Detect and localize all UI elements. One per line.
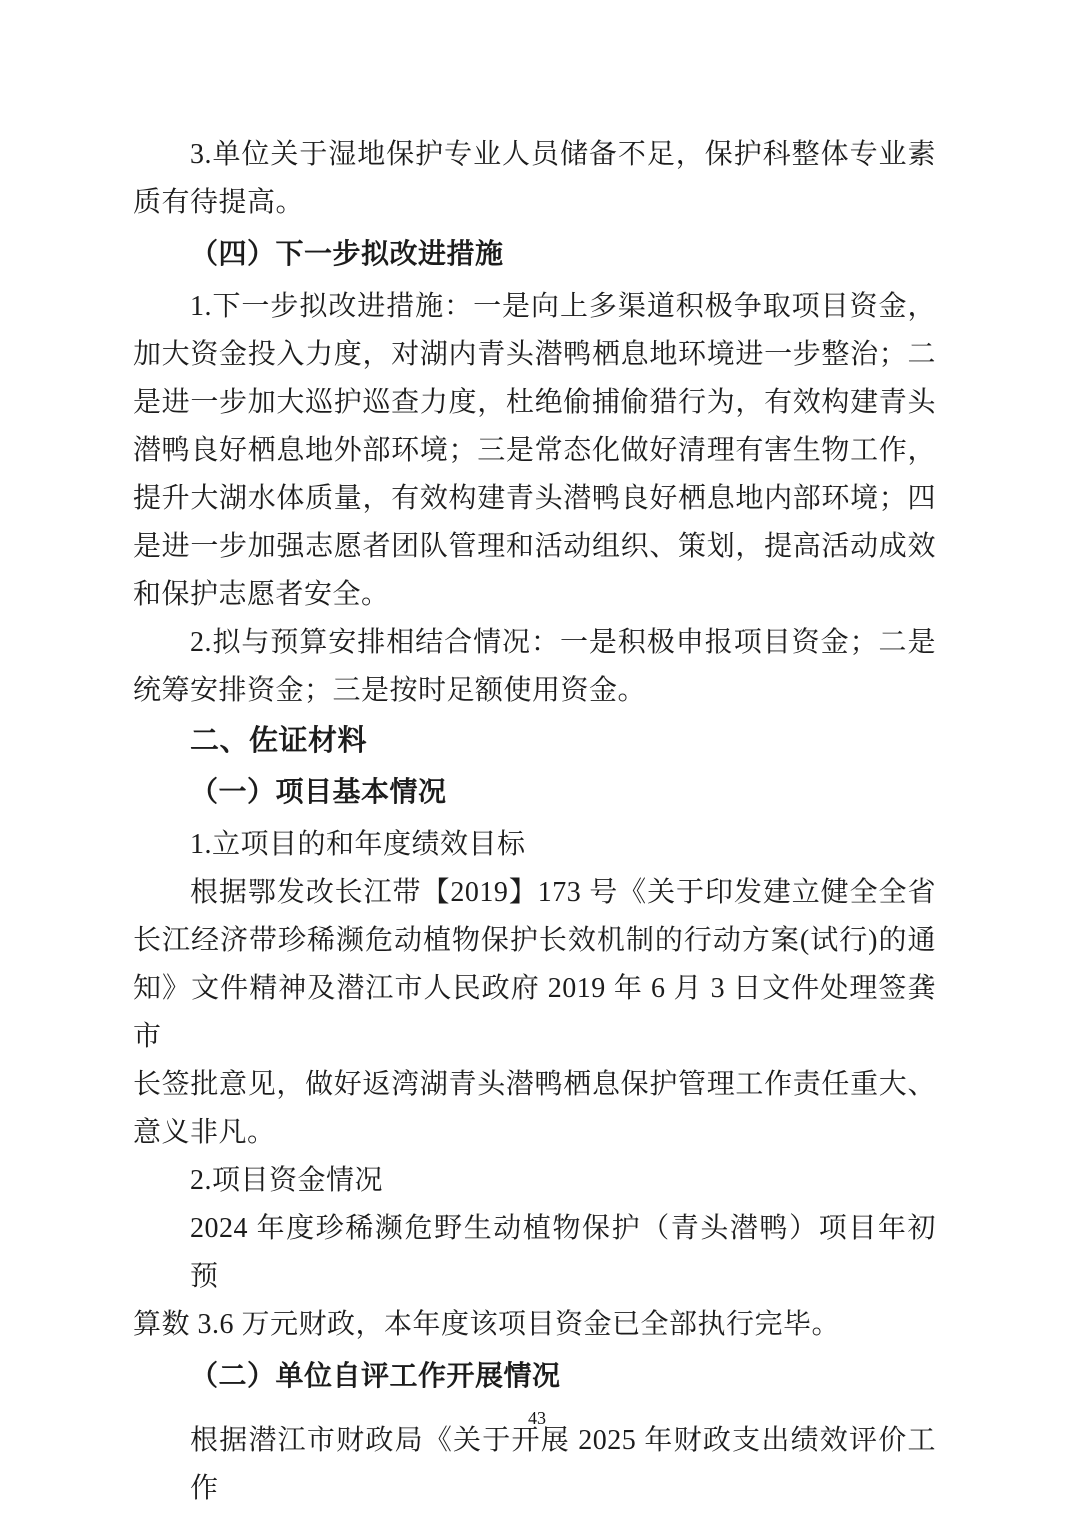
- text-line: 知》文件精神及潜江市人民政府 2019 年 6 月 3 日文件处理签龚市: [133, 965, 936, 1061]
- text-line: 和保护志愿者安全。: [133, 571, 936, 619]
- text-line: 1.下一步拟改进措施：一是向上多渠道积极争取项目资金，: [133, 283, 936, 331]
- text-line: 1.立项目的和年度绩效目标: [133, 821, 936, 869]
- page-number: 43: [0, 1408, 1074, 1429]
- subsection-heading: （二）单位自评工作开展情况: [133, 1353, 936, 1401]
- text-line: 提升大湖水体质量，有效构建青头潜鸭良好栖息地内部环境；四: [133, 475, 936, 523]
- text-line: 2.拟与预算安排相结合情况：一是积极申报项目资金；二是: [133, 619, 936, 667]
- document-body: 3.单位关于湿地保护专业人员储备不足，保护科整体专业素质有待提高。（四）下一步拟…: [133, 131, 936, 1513]
- text-line: 算数 3.6 万元财政，本年度该项目资金已全部执行完毕。: [133, 1301, 936, 1349]
- text-line: 2024 年度珍稀濒危野生动植物保护（青头潜鸭）项目年初预: [133, 1205, 936, 1301]
- text-line: 统筹安排资金；三是按时足额使用资金。: [133, 667, 936, 715]
- text-line: 根据潜江市财政局《关于开展 2025 年财政支出绩效评价工作: [133, 1417, 936, 1513]
- text-line: 是进一步加大巡护巡查力度，杜绝偷捕偷猎行为，有效构建青头: [133, 379, 936, 427]
- document-page: 3.单位关于湿地保护专业人员储备不足，保护科整体专业素质有待提高。（四）下一步拟…: [0, 0, 1074, 1520]
- text-line: 意义非凡。: [133, 1109, 936, 1157]
- text-line: 是进一步加强志愿者团队管理和活动组织、策划，提高活动成效: [133, 523, 936, 571]
- text-line: 2.项目资金情况: [133, 1157, 936, 1205]
- text-line: 根据鄂发改长江带【2019】173 号《关于印发建立健全全省: [133, 869, 936, 917]
- subsection-heading: （四）下一步拟改进措施: [133, 231, 936, 279]
- text-line: 质有待提高。: [133, 179, 936, 227]
- text-line: 长江经济带珍稀濒危动植物保护长效机制的行动方案(试行)的通: [133, 917, 936, 965]
- text-line: 3.单位关于湿地保护专业人员储备不足，保护科整体专业素: [133, 131, 936, 179]
- section-heading: 二、佐证材料: [133, 717, 936, 765]
- text-line: 长签批意见，做好返湾湖青头潜鸭栖息保护管理工作责任重大、: [133, 1061, 936, 1109]
- text-line: 加大资金投入力度，对湖内青头潜鸭栖息地环境进一步整治；二: [133, 331, 936, 379]
- subsection-heading: （一）项目基本情况: [133, 769, 936, 817]
- text-line: 潜鸭良好栖息地外部环境；三是常态化做好清理有害生物工作，: [133, 427, 936, 475]
